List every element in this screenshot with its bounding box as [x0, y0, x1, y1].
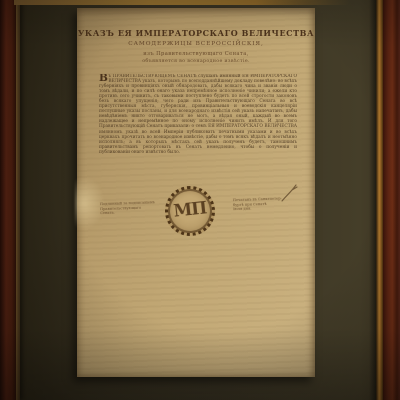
senate-seal: МП — [163, 184, 218, 239]
frame-top-fillet — [14, 0, 350, 5]
body-initial-letter: В — [99, 74, 108, 83]
body-paragraph: ъ ПРАВИТЕЛЬСТВУЮЩЕМЪ СЕНАТѢ слушанъ имян… — [99, 74, 297, 155]
document-title-line-3: изъ Правительствующаго Сената, — [77, 51, 315, 57]
document-paper: УКАЗЪ ЕЯ ИМПЕРАТОРСКАГО ВЕЛИЧЕСТВА САМОД… — [77, 8, 315, 377]
ink-mark — [279, 182, 301, 204]
frame-right-rail — [383, 0, 400, 400]
frame-left-fillet — [16, 0, 20, 400]
frame-left-rail — [0, 0, 16, 400]
document-title-line-1: УКАЗЪ ЕЯ ИМПЕРАТОРСКАГО ВЕЛИЧЕСТВА — [77, 28, 315, 38]
frame-right-fillet — [376, 0, 383, 400]
signature-note: Подлинный за подписаніемъ Правительствую… — [100, 200, 166, 216]
document-body-text: Въ ПРАВИТЕЛЬСТВУЮЩЕМЪ СЕНАТѢ слушанъ имя… — [99, 74, 297, 174]
signature-note-line-3: Сената. — [100, 209, 166, 216]
document-title-line-2: САМОДЕРЖИЦЫ ВСЕРОССІЙСКІЯ, — [77, 41, 315, 47]
seal-monogram: МП — [173, 198, 208, 221]
print-note-line-3: Іюля дня. — [233, 205, 299, 212]
framed-document-photo: УКАЗЪ ЕЯ ИМПЕРАТОРСКАГО ВЕЛИЧЕСТВА САМОД… — [0, 0, 400, 400]
document-title-line-4: объявляется во всенародное извѣстіе. — [77, 59, 315, 64]
mat-right-shadow — [369, 0, 376, 400]
